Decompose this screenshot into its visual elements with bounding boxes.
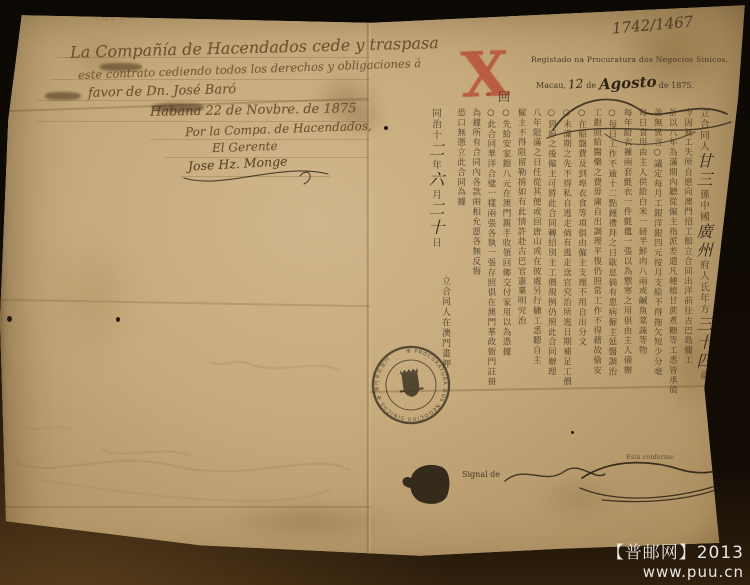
ink-blot: [405, 459, 455, 509]
handwritten-characters: 甘三: [694, 152, 713, 189]
ink-spot: [116, 317, 120, 322]
contract-text-column: ○未滿期之先不得私自逃走倘有逃走送官究治所逃日期補足工價: [561, 108, 571, 460]
ink-spot: [7, 316, 12, 322]
contract-text-column: 每年給衣褲兩套氈衣一件氈氊一張以為禦寒之用俱由主人備辦: [622, 108, 632, 460]
ghost-signatures: [0, 350, 370, 510]
chinese-contract-text: 立合同人甘三係中國廣州府人氏年方三十四歲 今因無工失所自愿向澳門招工館立合同出洋…: [430, 108, 708, 460]
heading-character: 回: [498, 88, 510, 105]
registry-line1: Registado na Procuratura dos Negocios Si…: [531, 55, 728, 64]
watermark-url: www.puu.cn: [607, 563, 744, 581]
ink-smudge: [152, 103, 204, 112]
printed-characters: 立合同人: [698, 108, 709, 152]
ink-spot: [571, 431, 574, 434]
gerente-signature-flourish: [182, 160, 332, 190]
photo-background: 1742/1467 La Compañía de Hacendados cede…: [0, 0, 750, 585]
printed-characters: 府人氏年方: [698, 260, 709, 316]
contract-text-column: 今因無工失所自愿向澳門招工館立合同出洋前往古巴島傭工: [682, 108, 692, 460]
contract-body-columns: 今因無工失所自愿向澳門招工館立合同出洋前往古巴島傭工計以八年為滿期內聽從僱主指派…: [453, 108, 695, 460]
contract-text-column: ○在船盤費及到埠衣食等項俱由僱主支理不用自出分文: [577, 108, 587, 460]
contract-text-column: 為據所有合同內各款兩相允愿各無反悔: [471, 108, 481, 460]
ink-spot: [384, 126, 388, 130]
signal-de-label: Signal de: [462, 470, 500, 479]
red-mark: [486, 93, 490, 96]
contract-text-column: ○到埠之後僱主可將此合同轉招別主工價規例仍照此合同辦理: [546, 108, 556, 460]
contract-text-column: 並無異言○議定每月工銀洋銀四元按月支給不得拖欠短少分毫: [652, 108, 662, 460]
fold-crease-horizontal: [0, 299, 370, 307]
folio-number: 1742/1467: [611, 12, 694, 37]
contract-text-column: 工銀照給醫藥之費毋庸自出調理平復仍照常工作不得藉故偷安: [592, 108, 602, 460]
seal-coat-of-arms: [397, 367, 425, 398]
printed-characters: 係中國: [698, 189, 709, 222]
contract-text-column: ○此合同華洋合璧一樣兩張各執一張存照俱在澳門華政衙門註冊: [486, 108, 496, 460]
esta-conforme-label: Está conforme: [626, 453, 674, 461]
contract-text-column: ○先給安家銀八元在澳門親手收領回鄉交付家用以為憑據: [501, 108, 511, 460]
contract-text-column: 僱主不得阻留勒掯如有此情許赴古巴官憲稟明究治: [516, 108, 526, 460]
contract-text-column: 每日食用由主人供給白米一磅半鮮肉八兩或鹹魚菜蔬等物: [637, 108, 647, 460]
gerente-label: El Gerente: [212, 139, 278, 155]
ghost-folio-number: 1742/1467: [92, 6, 163, 26]
procuratura-seal: ✠ PROCURATURA DOS NEGOCIOS SINICOS ✠ 澳門華…: [364, 338, 459, 433]
contract-text-column: 計以八年為滿期內聽從僱主指派差遣凡種植甘蔗煮糖等工悉皆承值: [667, 108, 677, 460]
site-watermark: 【普邮网】2013 www.puu.cn: [607, 538, 744, 581]
transfer-beneficiary-line: favor de Dn. José Baró: [88, 82, 237, 101]
handwritten-characters: 三十四: [694, 315, 713, 371]
contract-text-column: 恐口無憑立此合同為據: [456, 108, 466, 460]
handwritten-characters: 廣州: [694, 223, 713, 260]
document-paper: 1742/1467 La Compañía de Hacendados cede…: [0, 0, 750, 585]
watermark-text: 【普邮网】2013: [607, 538, 744, 563]
contract-name-column: 立合同人甘三係中國廣州府人氏年方三十四歲: [698, 108, 708, 460]
printed-characters: 歲: [698, 371, 709, 382]
ink-smudge: [45, 92, 81, 100]
contract-text-column: 八年限滿之日任從其便或回唐山或在彼處另行傭工悉聽自主: [531, 108, 541, 460]
ink-smudge: [100, 63, 142, 71]
contract-text-column: ○每日工作不逾十二點鐘禮拜之日歇息倘有患病僱主延醫調治: [607, 108, 617, 460]
